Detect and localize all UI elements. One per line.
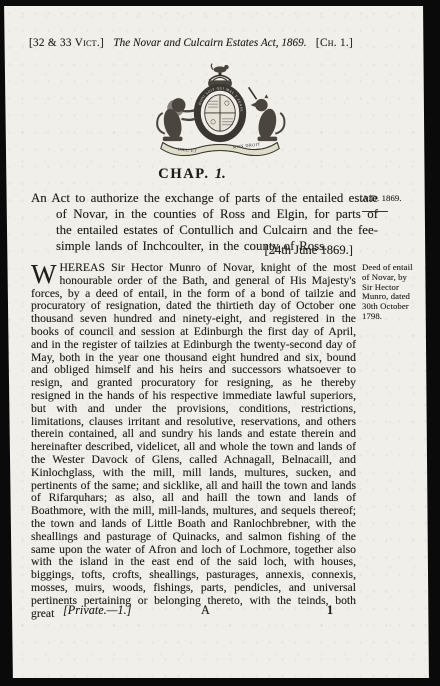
unicorn-supporter-icon [249,87,285,141]
chapter-number: 1. [215,166,226,182]
chapter-word: CHAP. [158,166,209,182]
scan-edge-top [0,0,440,6]
running-header: [32 & 33 Vict.] The Novar and Culcairn E… [29,37,353,49]
margin-note-ad: A.D. 1869. [362,194,419,212]
scan-edge-left [0,0,14,686]
preamble-paragraph: WHEREAS Sir Hector Munro of Novar, knigh… [31,262,356,620]
lion-supporter-icon [157,98,195,141]
royal-assent-date: [24th June 1869.] [31,243,353,258]
scan-edge-bottom [0,678,440,686]
scan-edge-right [422,0,440,686]
signature-mark: A [201,603,210,618]
motto-right-text: MON DROIT [232,142,260,150]
crest-lion-icon [211,64,228,73]
preamble-text: HEREAS Sir Hector Munro of Novar, knight… [31,261,356,620]
chapter-citation: [Ch. 1.] [316,37,353,49]
shield-icon [205,95,236,132]
act-short-title: The Novar and Culcairn Estates Act, 1869… [113,37,306,49]
private-bill-mark: [Private.—1.] [63,603,131,618]
regnal-year-citation: [32 & 33 Vict.] [29,37,104,49]
margin-note-deed: Deed of entail of Novar, by Sir Hector M… [362,263,419,322]
page-number: 1 [327,603,333,618]
motto-ribbon-icon: DIEU ET MON DROIT [161,142,279,156]
page-footer: [Private.—1.] A 1 [31,603,371,621]
scanned-document-page: [32 & 33 Vict.] The Novar and Culcairn E… [0,0,440,686]
margin-note-ad-text: A.D. 1869. [362,193,402,203]
chapter-heading: CHAP. 1. [31,166,353,183]
drop-cap: W [31,263,56,286]
royal-coat-of-arms-icon: HONI SOIT QUI MAL Y PENSE DIEU ET MON [146,61,294,162]
